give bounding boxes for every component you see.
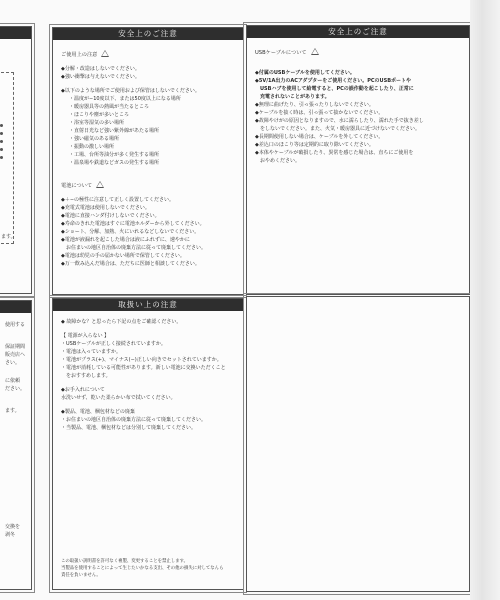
usb-item: ◆無理に曲げたり、引っ張ったりしないでください。 (255, 101, 461, 109)
battery-item: ◆電池は幼児の手の届かない場所で保管してください。 (61, 252, 235, 260)
left-fragment: 使用する (5, 321, 25, 328)
usage-item: ◆強い衝撃は与えないでください。 (61, 73, 235, 81)
usb-item: ◆本体やケーブルが破損したり、異常を感じた場合は、直ちにご使用を (255, 149, 461, 157)
usb-item: ◆故障やけがの原因となりますので、水に濡らしたり、濡れた手で抜き差し (255, 117, 461, 125)
usb-item: 充電されないことがあります。 (255, 93, 461, 101)
dotted-diagram-box: ます。 (0, 72, 14, 244)
usb-item: USBハブを使用して給電すると、PCの誤作動を起こしたり、正常に (255, 85, 461, 93)
trouble-item: ・電池が消耗している可能性があります。新しい電池に交換いただくこと (61, 364, 235, 372)
place-item: ・温泉場や鉄道などガスの発生する場所 (61, 159, 235, 167)
warning-triangle-icon (101, 50, 109, 57)
left-fragment: 販売店へ (5, 351, 25, 358)
usb-item: おやめください。 (255, 157, 461, 165)
usb-item: ◆差込口のほこり等は定期的に取り除いてください。 (255, 141, 461, 149)
place-item: ・ほこりや塵が多いところ (61, 111, 235, 119)
place-item: ・直射日光など強い紫外線があたる場所 (61, 127, 235, 135)
place-item: ・暖房器具等の熱風が当たるところ (61, 103, 235, 111)
diagram-leader-line (0, 125, 1, 126)
usage-item: ◆分解・改造はしないでください。 (61, 65, 235, 73)
left-panel-bottom-header (0, 301, 31, 313)
warning-triangle-icon (311, 48, 319, 55)
trouble-item: をおすすめします。 (61, 372, 235, 380)
left-fragment: に依頼 (5, 377, 20, 384)
place-item: ・強い磁気のある場所 (61, 135, 235, 143)
panel-header: 取扱い上の注意 (53, 299, 243, 311)
left-panel-bottom: 使用する 保証期間 販売店へ さい。 に依頼 ださい。 ます。 交換を 剥冬 (0, 300, 32, 590)
section-title-battery: 電池について (61, 181, 235, 190)
left-panel-top-header (0, 27, 31, 39)
section-title-usb: USBケーブルについて (255, 48, 461, 57)
battery-item: ◆＋−の極性に注意して正しく設置してください。 (61, 196, 235, 204)
manual-sheet: ます。 使用する 保証期間 販売店へ さい。 に依頼 ださい。 ます。 交換を … (0, 0, 482, 600)
panel-header: 安全上のご注意 (247, 26, 469, 38)
left-fragment: ます。 (5, 407, 20, 414)
left-panel-top: ます。 (0, 26, 32, 294)
place-item: ・工場、台所等油分が多く発生する場所 (61, 151, 235, 159)
battery-item: ◆電池に直接ハンダ付けしないでください。 (61, 212, 235, 220)
place-item: ・振動の激しい場所 (61, 143, 235, 151)
trouble-item: ・USBケーブルが正しく接続されていますか。 (61, 340, 235, 348)
battery-item: ◆万一飲み込んだ場合は、ただちに医師と相談してください。 (61, 260, 235, 268)
battery-item: ◆充電式電池は使用しないでください。 (61, 204, 235, 212)
trouble-item: ・電池がプラス(+)、マイナス(−)正しい向きでセットされていますか。 (61, 356, 235, 364)
safety-panel-usb: 安全上のご注意 USBケーブルについて ◆付属のUSBケーブルを使用してください… (246, 25, 470, 295)
left-fragment: 剥冬 (5, 531, 15, 538)
care-text: 水洗いせず、乾いた柔らかい布で拭いてください。 (61, 394, 235, 402)
panel-header: 安全上のご注意 (53, 28, 243, 40)
usb-item: をしないでください。また、火気・暖房器具に近づけないでください。 (255, 125, 461, 133)
page-edge-shadow (470, 0, 500, 600)
section-title-usage: ご使用上の注意 (61, 50, 235, 59)
diagram-leader-line (0, 133, 1, 134)
warning-triangle-icon (96, 181, 104, 188)
left-fragment: 交換を (5, 523, 20, 530)
handling-panel: 取扱い上の注意 ◆ 故障かな？と思ったら下記の点をご確認ください。 【 電源が入… (52, 298, 244, 590)
diagram-leader-line (0, 141, 1, 142)
left-fragment: ます。 (1, 233, 16, 240)
battery-item: ◆電池が液漏れを起こした場合は液にふれずに、速やかに (61, 236, 235, 244)
care-title: ◆お手入れについて (61, 386, 235, 394)
usb-item: ◆5V/1A出力のACアダプターをご使用ください。PCのUSBポートや (255, 77, 461, 85)
blank-panel (246, 296, 470, 592)
battery-item: ◆寿命のきれた電池はすぐに電池ホルダーから外してください。 (61, 220, 235, 228)
footnote: この取扱い説明書を許可なく複製、変更することを禁止します。 当製品を使用すること… (53, 554, 231, 583)
diagram-leader-line (0, 157, 1, 158)
usb-item: ◆ケーブルを抜く時は、引っ張って抜かないでください。 (255, 109, 461, 117)
battery-item: ◆ショート、分解、加熱、火にいれるなどしないでください。 (61, 228, 235, 236)
troubleshoot-intro: ◆ 故障かな？と思ったら下記の点をご確認ください。 (61, 318, 235, 326)
left-fragment: さい。 (5, 359, 20, 366)
usb-item: ◆長期間使用しない場合は、ケーブルを外してください。 (255, 133, 461, 141)
disposal-item: ・お住まいの地区自治体の廃棄方法に従って廃棄してください。 (61, 416, 235, 424)
usb-item: ◆付属のUSBケーブルを使用してください。 (255, 69, 461, 77)
disposal-title: ◆製品、電池、梱包材などの廃棄 (61, 408, 235, 416)
places-intro: ◆以下のような場所でご使用および保管はしないでください。 (61, 87, 235, 95)
battery-item: お住まいの地区自治体の廃棄方法に従って廃棄してください。 (61, 244, 235, 252)
disposal-item: ・当製品、電池、梱包材などは分別して廃棄してください。 (61, 424, 235, 432)
trouble-title: 【 電源が入らない 】 (61, 332, 235, 340)
left-fragment: ださい。 (5, 385, 25, 392)
trouble-item: ・電池は入っていますか。 (61, 348, 235, 356)
diagram-leader-line (0, 149, 1, 150)
place-item: ・温度が−10度以下、または50度以上になる場所 (61, 95, 235, 103)
safety-panel-usage: 安全上のご注意 ご使用上の注意 ◆分解・改造はしないでください。 ◆強い衝撃は与… (52, 27, 244, 295)
left-fragment: 保証期間 (5, 343, 25, 350)
place-item: ・浴室等湿気の多い場所 (61, 119, 235, 127)
